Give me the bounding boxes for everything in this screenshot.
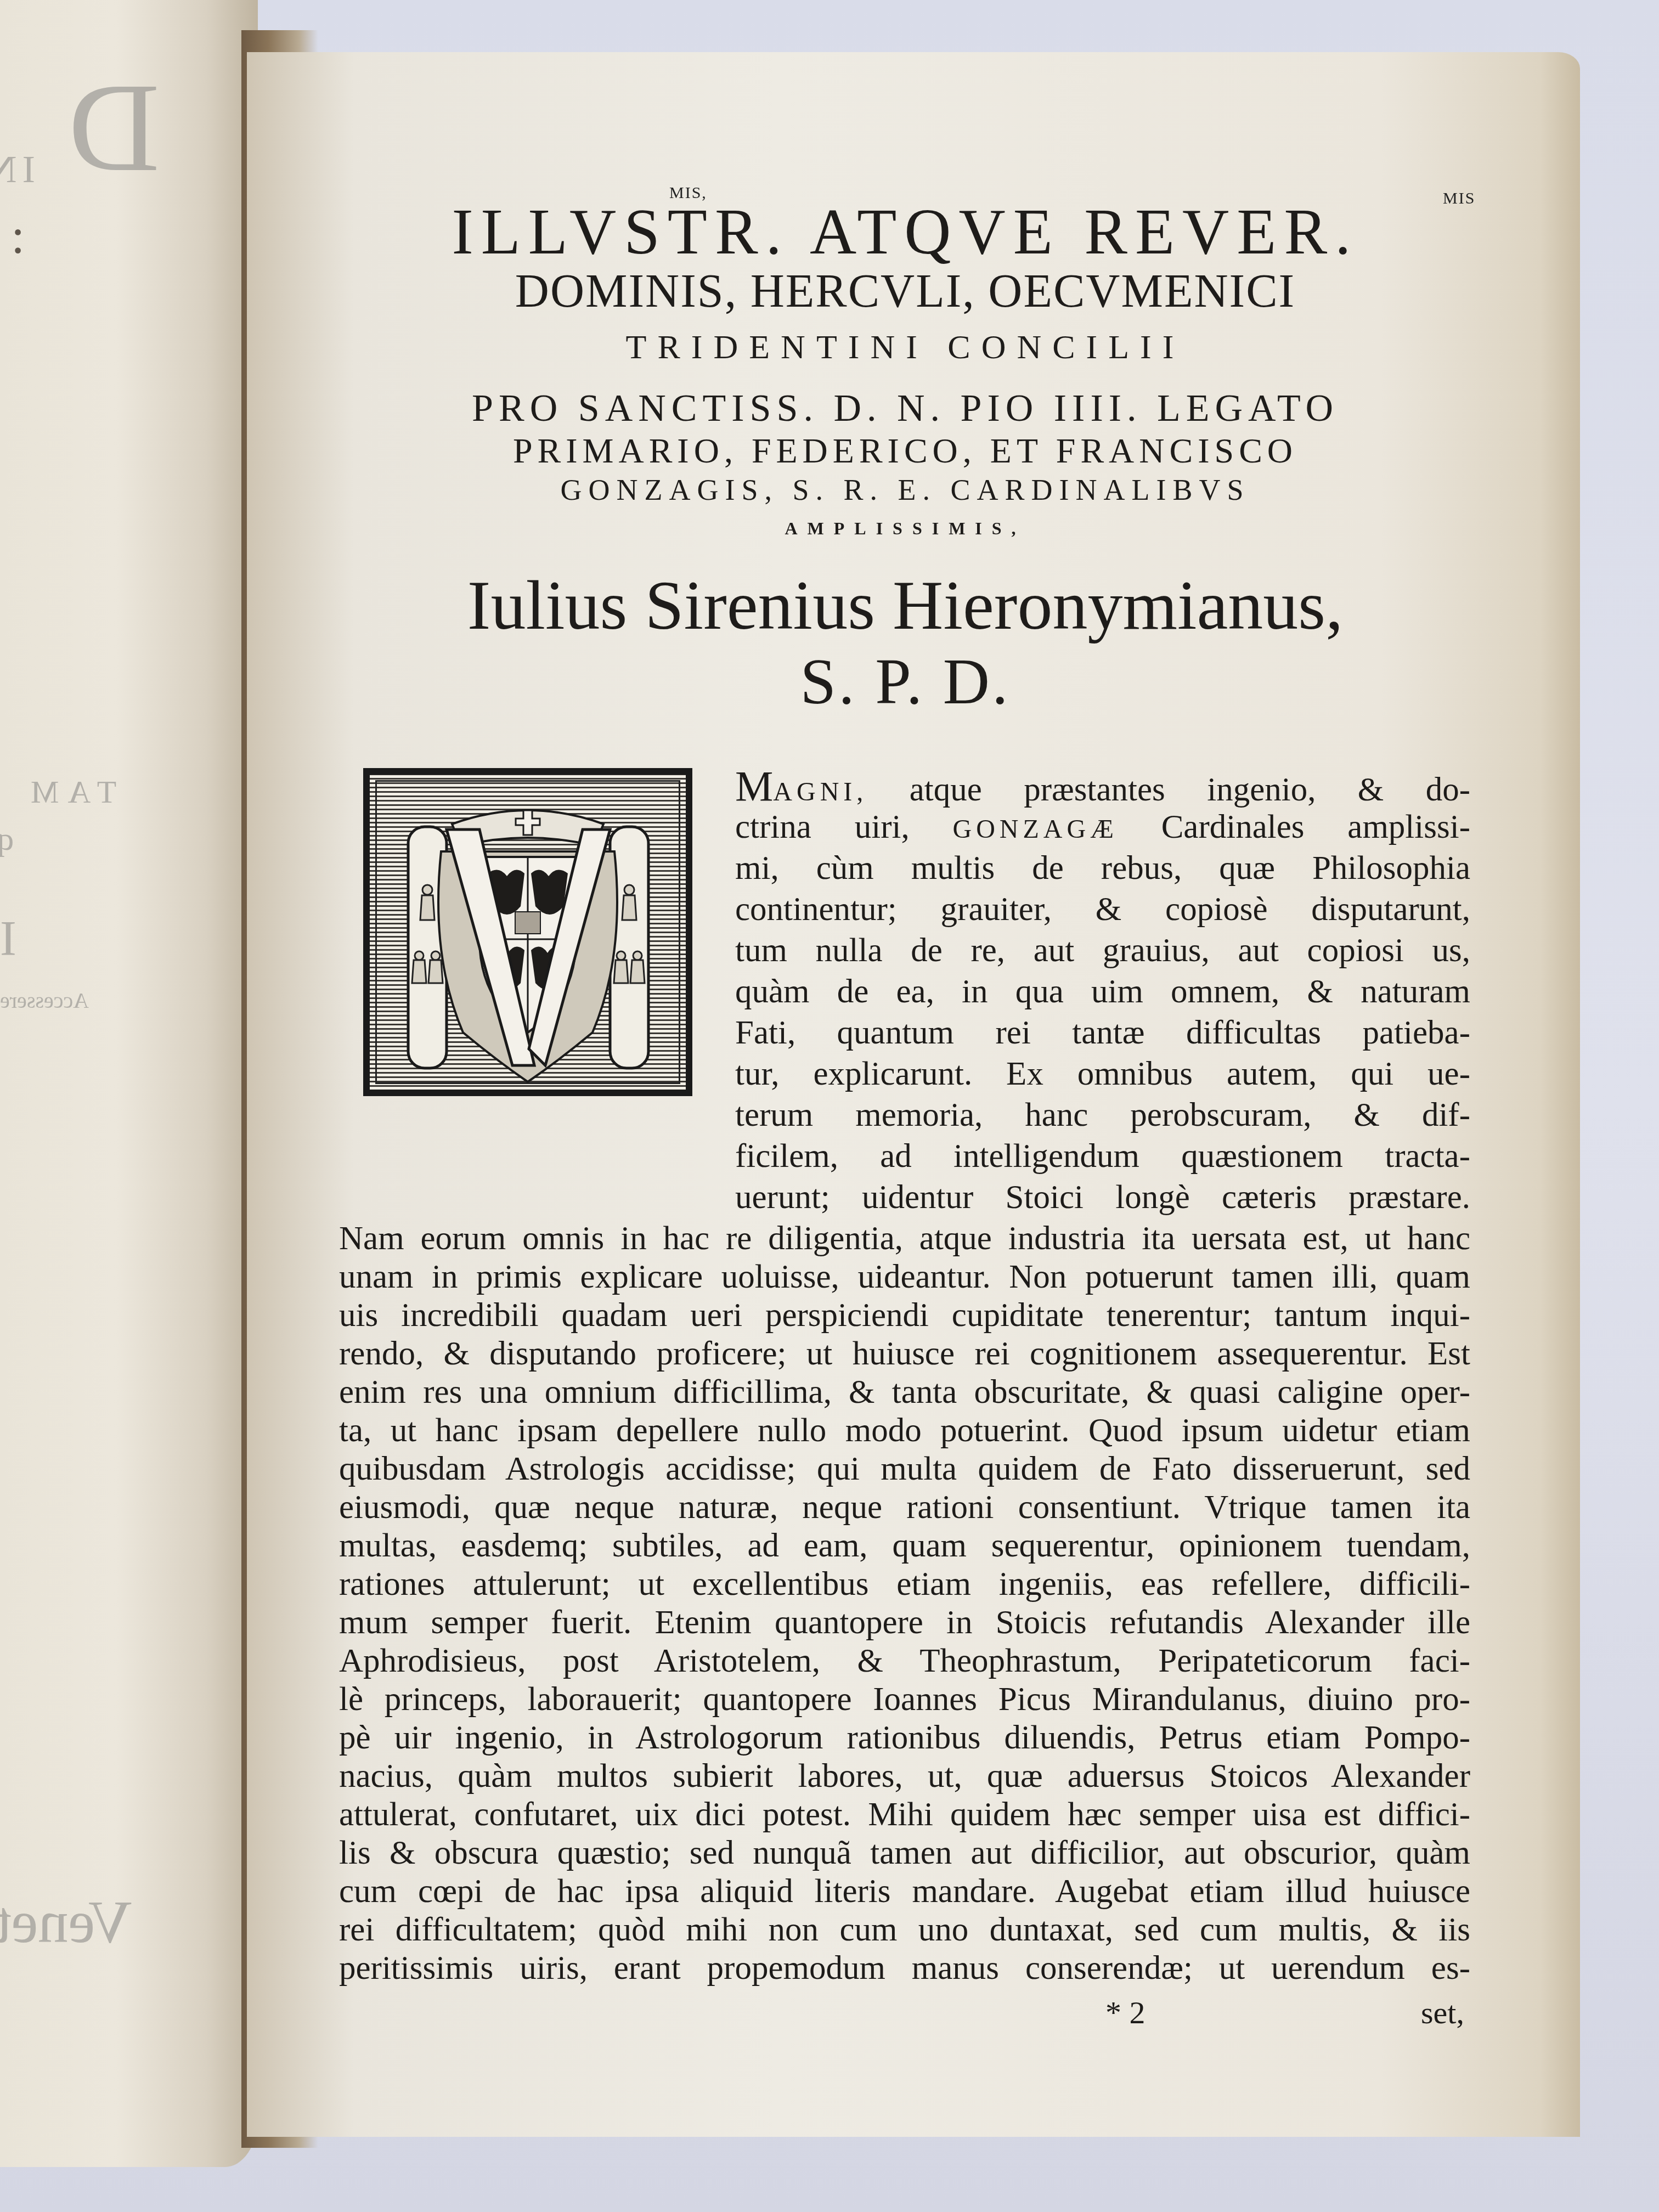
coat-of-arms-icon: [370, 775, 686, 1090]
body-line: Nam eorum omnis in hac re diligentia, at…: [339, 1218, 1470, 1259]
salutation: S. P. D.: [329, 645, 1481, 719]
heading-line-1-text: ILLVSTR. ATQVE REVER.: [452, 196, 1358, 268]
heading-line-7: AMPLISSIMIS,: [329, 518, 1481, 539]
body-line: terum memoria, hanc perobscuram, & dif-: [735, 1094, 1470, 1136]
heading-line-3: TRIDENTINI CONCILII: [329, 328, 1481, 367]
heading-line-2: DOMINIS, HERCVLI, OECVMENICI: [329, 263, 1481, 318]
body-line: rendo, & disputando proficere; ut huiusc…: [339, 1333, 1470, 1374]
superscript-abbrev-1: MIS,: [669, 184, 707, 202]
body-line: quibusdam Astrologis accidisse; qui mult…: [339, 1448, 1470, 1489]
body-line: ctrina uiri, GONZAGÆ Cardinales amplissi…: [735, 806, 1470, 850]
smallcaps-text: AGNI,: [773, 777, 867, 806]
body-line: ta, ut hanc ipsam depellere nullo modo p…: [339, 1410, 1470, 1451]
show-through-text: I: [0, 911, 16, 967]
body-line: nacius, quàm multos subierit labores, ut…: [339, 1756, 1470, 1797]
body-line: continentur; grauiter, & copiosè disputa…: [735, 889, 1470, 930]
body-line: rei difficultatem; quòd mihi non cum uno…: [339, 1909, 1470, 1950]
body-line: enim res una omnium difficillima, & tant…: [339, 1372, 1470, 1413]
body-line: Aphrodisieus, post Aristotelem, & Theoph…: [339, 1640, 1470, 1681]
body-line: cum cœpi de hac ipsa aliquid literis man…: [339, 1871, 1470, 1912]
show-through-text: q: [0, 820, 14, 858]
body-line: tum nulla de re, aut grauius, aut copios…: [735, 930, 1470, 971]
body-line: unam in primis explicare uoluisse, uidea…: [339, 1256, 1470, 1297]
body-line: mum semper fuerit. Etenim quantopere in …: [339, 1602, 1470, 1643]
heading-line-6: GONZAGIS, S. R. E. CARDINALIBVS: [329, 473, 1481, 507]
body-line: pè uir ingenio, in Astrologorum rationib…: [339, 1717, 1470, 1758]
body-line: uis incredibili quadam ueri perspiciendi…: [339, 1295, 1470, 1336]
author-name: Iulius Sirenius Hieronymianus,: [329, 565, 1481, 646]
body-line: peritissimis uiris, erant propemodum man…: [339, 1948, 1470, 1989]
body-line: tur, explicarunt. Ex omnibus autem, qui …: [735, 1053, 1470, 1094]
show-through-text: Accessere: [0, 988, 89, 1013]
left-page: D IN : TAM q I Accessere Venet: [0, 0, 258, 2167]
body-line: mi, cùm multis de rebus, quæ Philosophia: [735, 848, 1470, 889]
show-through-dots: :: [11, 208, 25, 265]
catchword: set,: [1421, 1994, 1464, 2031]
smallcaps-text: GONZAGÆ: [952, 815, 1118, 844]
heading-line-1: ILLVSTR. ATQVE REVER.: [329, 195, 1481, 269]
body-text: Cardinales amplissi-: [1118, 809, 1470, 845]
show-through-text: Venet: [0, 1887, 132, 1957]
body-line: rationes attulerunt; ut excellentibus et…: [339, 1564, 1470, 1605]
show-through-text: TAM: [22, 774, 116, 810]
body-line: ficilem, ad intelligendum quæstionem tra…: [735, 1136, 1470, 1177]
body-text: atque præstantes ingenio, & do-: [867, 771, 1470, 808]
signature-mark: * 2: [1105, 1994, 1145, 2031]
superscript-abbrev-2: MIS: [1443, 189, 1475, 208]
body-line: Fati, quantum rei tantæ difficultas pati…: [735, 1012, 1470, 1053]
heading-line-5: PRIMARIO, FEDERICO, ET FRANCISCO: [329, 431, 1481, 471]
body-line: eiusmodi, quæ neque naturæ, neque ration…: [339, 1487, 1470, 1528]
body-line: attulerat, confutaret, uix dici potest. …: [339, 1794, 1470, 1835]
woodcut-initial-m: [363, 768, 692, 1096]
body-line: lis & obscura quæstio; sed nunquã tamen …: [339, 1832, 1470, 1874]
show-through-text: IN: [0, 148, 35, 192]
body-line: quàm de ea, in qua uim omnem, & naturam: [735, 971, 1470, 1012]
heading-line-4: PRO SANCTISS. D. N. PIO IIII. LEGATO: [329, 387, 1481, 431]
show-through-letter: D: [69, 55, 160, 200]
body-line: lè princeps, laborauerit; quantopere Ioa…: [339, 1679, 1470, 1720]
body-line: MAGNI, atque præstantes ingenio, & do-: [735, 765, 1470, 812]
body-line: uerunt; uidentur Stoici longè cæteris pr…: [735, 1177, 1470, 1218]
body-text: ctrina uiri,: [735, 809, 952, 845]
body-line: multas, easdemq; subtiles, ad eam, quam …: [339, 1525, 1470, 1566]
